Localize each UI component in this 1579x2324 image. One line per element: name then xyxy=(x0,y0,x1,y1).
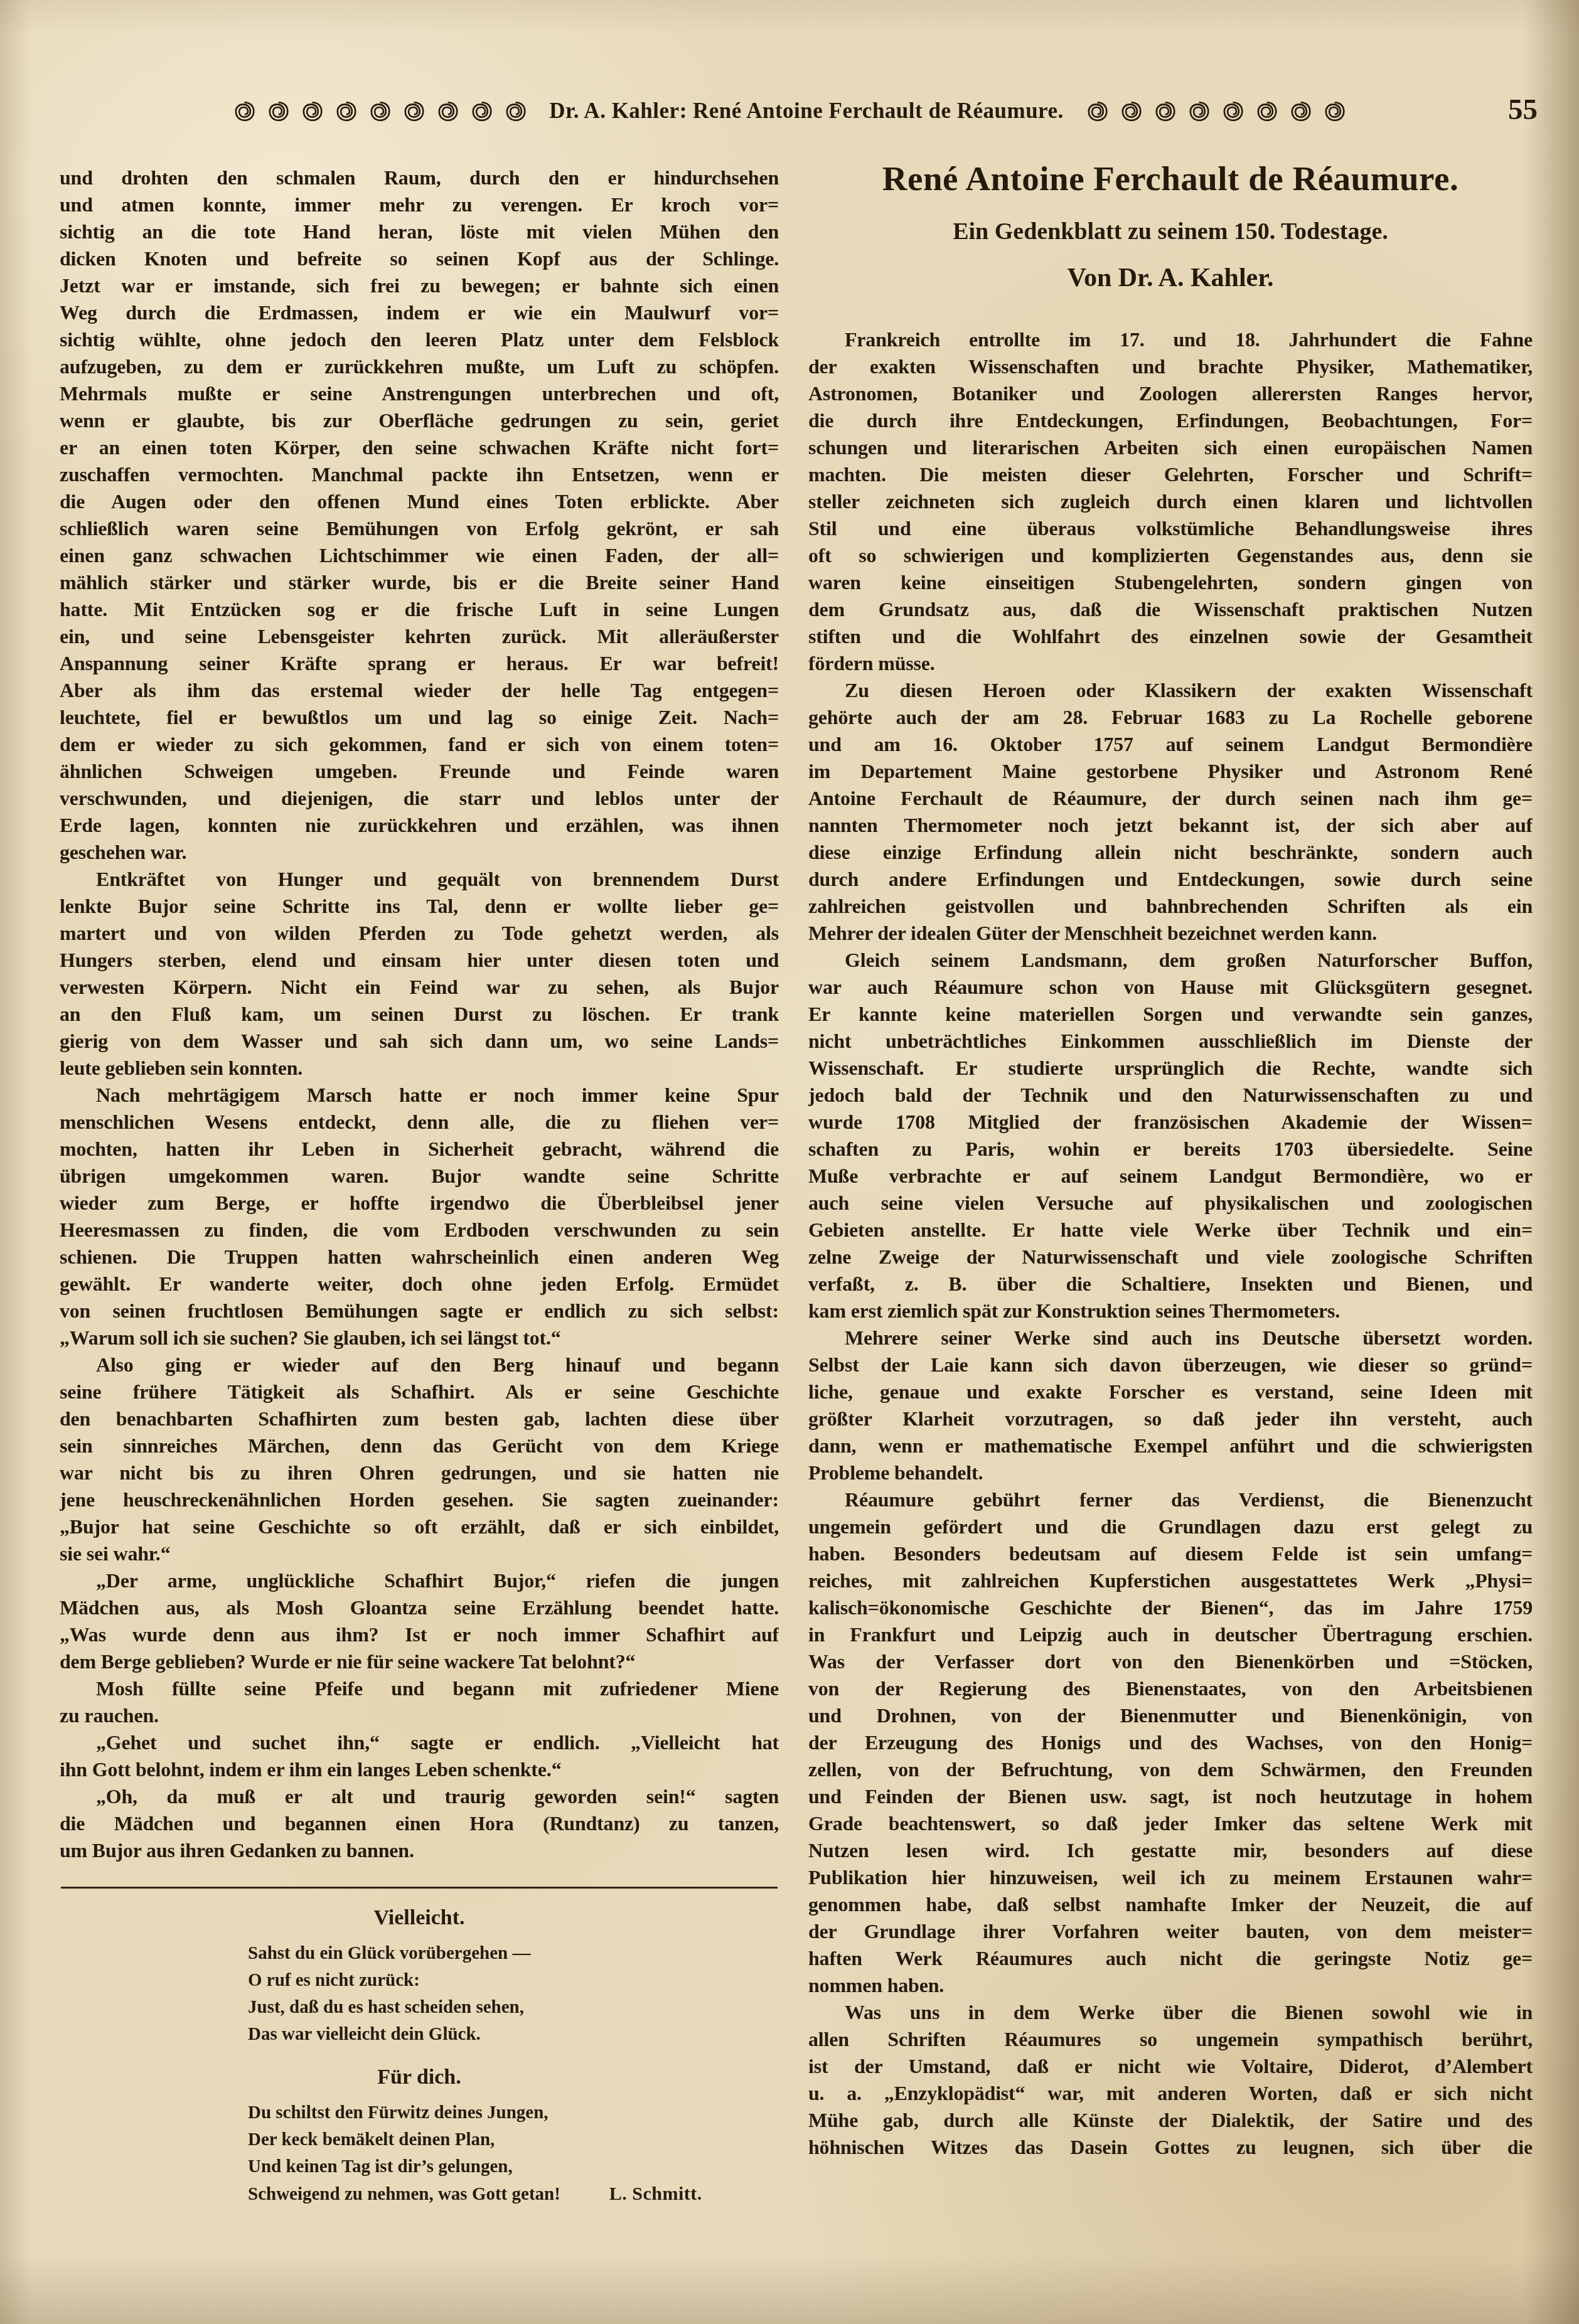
left-column-lines: und drohten den schmalen Raum, durch den… xyxy=(60,164,779,1864)
article-title: René Antoine Ferchault de Réaumure. xyxy=(808,159,1533,198)
text-line: seine frühere Tätigkeit als Schafhirt. A… xyxy=(60,1378,779,1405)
text-line: waren keine einseitigen Stubengelehrten,… xyxy=(808,569,1533,596)
text-line: Hungers sterben, elend und einsam hier u… xyxy=(60,947,779,974)
text-line: „Gehet und suchet ihn,“ sagte er endlich… xyxy=(60,1729,779,1756)
text-line: ihn Gott belohnt, indem er ihm ein lange… xyxy=(60,1756,779,1783)
text-line: sichtig wühlte, ohne jedoch den leeren P… xyxy=(60,326,779,353)
scroll-ornament-icon xyxy=(1085,100,1110,122)
text-line: und am 16. Oktober 1757 auf seinem Landg… xyxy=(808,731,1533,758)
scroll-ornament-icon xyxy=(503,100,528,122)
text-line: geschehen war. xyxy=(60,839,779,866)
text-line: Jetzt war er imstande, sich frei zu bewe… xyxy=(60,272,779,299)
text-line: Selbst der Laie kann sich davon überzeug… xyxy=(808,1351,1533,1378)
scroll-ornament-icon xyxy=(1322,100,1347,122)
text-line: Mühe gab, durch alle Künste der Dialekti… xyxy=(808,2107,1533,2134)
text-line: Was der Verfasser dort von den Bienenkör… xyxy=(808,1648,1533,1675)
text-line: höhnischen Witzes das Dasein Gottes zu l… xyxy=(808,2134,1533,2161)
text-line: ist der Umstand, daß er nicht wie Voltai… xyxy=(808,2053,1533,2080)
poem-line: Just, daß du es hast scheiden sehen, xyxy=(248,1994,779,2021)
text-line: kalisch=ökonomische Geschichte der Biene… xyxy=(808,1594,1533,1621)
text-line: ungemein gefördert und die Grundlagen da… xyxy=(808,1513,1533,1540)
article-subtitle: Ein Gedenkblatt zu seinem 150. Todestage… xyxy=(808,217,1533,246)
text-line: den benachbarten Schafhirten zum besten … xyxy=(60,1405,779,1432)
text-line: Réaumure gebührt ferner das Verdienst, d… xyxy=(808,1486,1533,1513)
text-line: schaften zu Paris, wohin er bereits 1703… xyxy=(808,1136,1533,1163)
text-line: ein, und seine Lebensgeister kehrten zur… xyxy=(60,623,779,650)
text-line: Frankreich entrollte im 17. und 18. Jahr… xyxy=(808,326,1533,353)
text-line: oft so schwierigen und komplizierten Geg… xyxy=(808,542,1533,569)
text-line: Anspannung seiner Kräfte sprang er herau… xyxy=(60,650,779,677)
text-line: von der Regierung des Bienenstaates, von… xyxy=(808,1675,1533,1702)
text-line: leuchtete, fiel er bewußtlos um und lag … xyxy=(60,704,779,731)
text-line: Grade beachtenswert, so daß jeder Imker … xyxy=(808,1810,1533,1837)
text-line: sichtig an die tote Hand heran, löste mi… xyxy=(60,218,779,245)
scroll-ornament-icon xyxy=(1288,100,1313,122)
text-line: Nutzen lesen wird. Ich gestatte mir, bes… xyxy=(808,1837,1533,1864)
text-line: „Warum soll ich sie suchen? Sie glauben,… xyxy=(60,1325,779,1351)
text-line: stiften und die Wohlfahrt des einzelnen … xyxy=(808,623,1533,650)
right-column: René Antoine Ferchault de Réaumure. Ein … xyxy=(808,156,1533,2161)
text-line: ähnlichen Schweigen umgeben. Freunde und… xyxy=(60,758,779,785)
section-divider-rule xyxy=(61,1887,778,1889)
text-line: lenkte Bujor seine Schritte ins Tal, den… xyxy=(60,893,779,920)
text-line: um Bujor aus ihren Gedanken zu bannen. xyxy=(60,1837,779,1864)
text-line: verfaßt, z. B. über die Schaltiere, Inse… xyxy=(808,1271,1533,1298)
text-line: war nicht bis zu ihren Ohren gedrungen, … xyxy=(60,1459,779,1486)
text-line: haften Werk Réaumures auch nicht die ger… xyxy=(808,1945,1533,1972)
text-line: Gleich seinem Landsmann, dem großen Natu… xyxy=(808,947,1533,974)
scroll-ornament-icon xyxy=(232,100,257,122)
text-line: schließlich waren seine Bemühungen von E… xyxy=(60,515,779,542)
scroll-ornament-icon xyxy=(1119,100,1143,122)
text-line: Entkräftet von Hunger und gequält von br… xyxy=(60,866,779,893)
text-line: dem Grundsatz aus, daß die Wissenschaft … xyxy=(808,596,1533,623)
text-line: zahlreichen geistvollen und bahnbrechend… xyxy=(808,893,1533,920)
text-line: und atmen konnte, immer mehr zu verengen… xyxy=(60,191,779,218)
text-line: zuschaffen vermochten. Manchmal packte i… xyxy=(60,461,779,488)
scroll-ornament-icon xyxy=(368,100,392,122)
header-ornaments-left xyxy=(232,100,528,122)
scroll-ornament-icon xyxy=(1153,100,1177,122)
text-line: war auch Réaumure schon von Hause mit Gl… xyxy=(808,974,1533,1001)
text-line: allen Schriften Réaumures so ungemein sy… xyxy=(808,2026,1533,2053)
text-line: der exakten Wissenschaften und brachte P… xyxy=(808,353,1533,380)
scroll-ornament-icon xyxy=(1187,100,1211,122)
text-line: Mosh füllte seine Pfeife und begann mit … xyxy=(60,1675,779,1702)
text-line: Aber als ihm das erstemal wieder der hel… xyxy=(60,677,779,704)
text-line: sie sei wahr.“ xyxy=(60,1540,779,1567)
text-line: Weg durch die Erdmassen, indem er wie ei… xyxy=(60,299,779,326)
text-line: er an einen toten Körper, den seine schw… xyxy=(60,434,779,461)
text-line: von seinen fruchtlosen Bemühungen sagte … xyxy=(60,1298,779,1325)
poem-line: O ruf es nicht zurück: xyxy=(248,1967,779,1994)
article-byline: Von Dr. A. Kahler. xyxy=(808,262,1533,294)
text-line: größter Klarheit vorzutragen, so daß jed… xyxy=(808,1405,1533,1432)
text-line: dann, wenn er mathematische Exempel anfü… xyxy=(808,1432,1533,1459)
text-line: reiches, mit zahlreichen Kupferstichen a… xyxy=(808,1567,1533,1594)
page-number: 55 xyxy=(1508,93,1538,127)
text-line: „Bujor hat seine Geschichte so oft erzäh… xyxy=(60,1513,779,1540)
text-line: haben. Besonders bedeutsam auf diesem Fe… xyxy=(808,1540,1533,1567)
text-line: wenn er glaubte, bis zur Oberfläche gedr… xyxy=(60,407,779,434)
text-line: kam erst ziemlich spät zur Konstruktion … xyxy=(808,1298,1533,1325)
poem-fuer-dich: Du schiltst den Fürwitz deines Jungen,De… xyxy=(248,2099,779,2208)
text-line: dem Berge geblieben? Wurde er nie für se… xyxy=(60,1648,779,1675)
text-line: steller zeichneten sich zugleich durch e… xyxy=(808,488,1533,515)
text-line: wieder zum Berge, er hoffte irgendwo die… xyxy=(60,1190,779,1217)
poem-line: Sahst du ein Glück vorübergehen — xyxy=(248,1940,779,1967)
text-line: Publikation hier hinzuweisen, weil ich z… xyxy=(808,1864,1533,1891)
text-line: machten. Die meisten dieser Gelehrten, F… xyxy=(808,461,1533,488)
text-line: Nach mehrtägigem Marsch hatte er noch im… xyxy=(60,1082,779,1109)
running-head: Dr. A. Kahler: René Antoine Ferchault de… xyxy=(0,89,1579,133)
text-line: verwesten Körpern. Nicht ein Feind war z… xyxy=(60,974,779,1001)
text-line: in Frankfurt und Leipzig auch in deutsch… xyxy=(808,1621,1533,1648)
text-line: nicht unbeträchtliches Einkommen ausschl… xyxy=(808,1028,1533,1055)
text-line: Wissenschaft. Er studierte ursprünglich … xyxy=(808,1055,1533,1082)
text-line: menschlichen Wesens entdeckt, denn alle,… xyxy=(60,1109,779,1136)
text-line: sein sinnreiches Märchen, denn das Gerüc… xyxy=(60,1432,779,1459)
text-line: fördern müsse. xyxy=(808,650,1533,677)
text-line: im Departement Maine gestorbene Physiker… xyxy=(808,758,1533,785)
scroll-ornament-icon xyxy=(334,100,358,122)
scroll-ornament-icon xyxy=(402,100,426,122)
text-line: zu rauchen. xyxy=(60,1702,779,1729)
header-ornaments-right xyxy=(1085,100,1347,122)
text-line: Er kannte keine materiellen Sorgen und v… xyxy=(808,1001,1533,1028)
text-line: nannten Thermometer noch jetzt bekannt i… xyxy=(808,812,1533,839)
text-line: aufzugeben, zu dem er zurückkehren mußte… xyxy=(60,353,779,380)
text-line: der Erzeugung des Honigs und des Wachses… xyxy=(808,1729,1533,1756)
author-signature: L. Schmitt. xyxy=(609,2183,702,2204)
text-line: die Mädchen und begannen einen Hora (Run… xyxy=(60,1810,779,1837)
text-line: mochten, hatten ihr Leben in Sicherheit … xyxy=(60,1136,779,1163)
text-line: mählich stärker und stärker wurde, bis e… xyxy=(60,569,779,596)
text-line: wurde 1708 Mitglied der französischen Ak… xyxy=(808,1109,1533,1136)
text-line: nommen haben. xyxy=(808,1972,1533,1999)
text-line: Antoine Ferchault de Réaumure, der durch… xyxy=(808,785,1533,812)
poem-line: Der keck bemäkelt deinen Plan, xyxy=(248,2126,779,2153)
text-line: dicken Knoten und befreite so seinen Kop… xyxy=(60,245,779,272)
text-line: Erde lagen, konnten nie zurückkehren und… xyxy=(60,812,779,839)
text-line: und Drohnen, von der Bienenmutter und Bi… xyxy=(808,1702,1533,1729)
scroll-ornament-icon xyxy=(436,100,460,122)
text-line: gierig von dem Wasser und sah sich dann … xyxy=(60,1028,779,1055)
text-line: gehörte auch der am 28. Februar 1683 zu … xyxy=(808,704,1533,731)
text-line: „Was wurde denn aus ihm? Ist er noch imm… xyxy=(60,1621,779,1648)
text-line: genommen habe, daß selbst namhafte Imker… xyxy=(808,1891,1533,1918)
article-lines: Frankreich entrollte im 17. und 18. Jahr… xyxy=(808,326,1533,2161)
text-line: die durch ihre Entdeckungen, Erfindungen… xyxy=(808,407,1533,434)
poem-title-fuer-dich: Für dich. xyxy=(60,2065,779,2089)
text-line: liche, genaue und exakte Forscher es ver… xyxy=(808,1378,1533,1405)
text-line: zellen, von der Befruchtung, von dem Sch… xyxy=(808,1756,1533,1783)
text-line: auch seine vielen Versuche auf physikali… xyxy=(808,1190,1533,1217)
scroll-ornament-icon xyxy=(266,100,291,122)
text-line: dem er wieder zu sich gekommen, fand er … xyxy=(60,731,779,758)
poem-vielleicht: Sahst du ein Glück vorübergehen —O ruf e… xyxy=(248,1940,779,2048)
text-line: Also ging er wieder auf den Berg hinauf … xyxy=(60,1351,779,1378)
text-line: einen ganz schwachen Lichtschimmer wie e… xyxy=(60,542,779,569)
text-line: schienen. Die Truppen hatten wahrscheinl… xyxy=(60,1244,779,1271)
text-line: jene heuschreckenähnlichen Horden gesehe… xyxy=(60,1486,779,1513)
scanned-journal-page: Dr. A. Kahler: René Antoine Ferchault de… xyxy=(0,0,1579,2324)
text-line: Stil und eine überaus volkstümliche Beha… xyxy=(808,515,1533,542)
text-line: und drohten den schmalen Raum, durch den… xyxy=(60,164,779,191)
text-line: übrigen umgekommen waren. Bujor wandte s… xyxy=(60,1163,779,1190)
text-line: Mädchen aus, als Mosh Gloantza seine Erz… xyxy=(60,1594,779,1621)
poem-line: Und keinen Tag ist dir’s gelungen, xyxy=(248,2153,779,2180)
text-line: diese einzige Erfindung allein nicht bes… xyxy=(808,839,1533,866)
scroll-ornament-icon xyxy=(469,100,494,122)
text-line: der Grundlage ihrer Vorfahren weiter bau… xyxy=(808,1918,1533,1945)
text-line: verschwunden, und diejenigen, die starr … xyxy=(60,785,779,812)
scroll-ornament-icon xyxy=(1255,100,1279,122)
text-line: leute geblieben sein konnten. xyxy=(60,1055,779,1082)
text-line: Heeresmassen zu finden, die vom Erdboden… xyxy=(60,1217,779,1244)
text-line: und Feinden der Bienen usw. sagt, ist no… xyxy=(808,1783,1533,1810)
text-line: gewählt. Er wanderte weiter, doch ohne j… xyxy=(60,1271,779,1298)
left-column: und drohten den schmalen Raum, durch den… xyxy=(60,164,779,2210)
text-line: Mehrer der idealen Güter der Menschheit … xyxy=(808,920,1533,947)
text-line: Gebieten anstellte. Er hatte viele Werke… xyxy=(808,1217,1533,1244)
text-line: Probleme behandelt. xyxy=(808,1459,1533,1486)
text-line: martert und von wilden Pferden zu Tode g… xyxy=(60,920,779,947)
text-line: Mehrmals mußte er seine Anstrengungen un… xyxy=(60,380,779,407)
text-line: zelne Zweige der Naturwissenschaft und v… xyxy=(808,1244,1533,1271)
scroll-ornament-icon xyxy=(300,100,324,122)
scroll-ornament-icon xyxy=(1221,100,1245,122)
poem-line: Schweigend zu nehmen, was Gott getan!L. … xyxy=(248,2180,779,2208)
poem-line: Du schiltst den Fürwitz deines Jungen, xyxy=(248,2099,779,2126)
text-line: Was uns in dem Werke über die Bienen sow… xyxy=(808,1999,1533,2026)
text-line: hatte. Mit Entzücken sog er die frische … xyxy=(60,596,779,623)
text-line: an den Fluß kam, um seinen Durst zu lösc… xyxy=(60,1001,779,1028)
text-line: u. a. „Enzyklopädist“ war, mit anderen W… xyxy=(808,2080,1533,2107)
text-line: schungen und literarischen Arbeiten sich… xyxy=(808,434,1533,461)
text-line: jedoch bald der Technik und den Naturwis… xyxy=(808,1082,1533,1109)
poem-title-vielleicht: Vielleicht. xyxy=(60,1906,779,1930)
poem-line: Das war vielleicht dein Glück. xyxy=(248,2021,779,2048)
text-line: „Oh, da muß er alt und traurig geworden … xyxy=(60,1783,779,1810)
text-line: Muße verbrachte er auf seinem Landgut Be… xyxy=(808,1163,1533,1190)
text-line: durch andere Erfindungen und Entdeckunge… xyxy=(808,866,1533,893)
text-line: Astronomen, Botaniker und Zoologen aller… xyxy=(808,380,1533,407)
running-head-title: Dr. A. Kahler: René Antoine Ferchault de… xyxy=(549,99,1064,124)
text-line: „Der arme, unglückliche Schafhirt Bujor,… xyxy=(60,1567,779,1594)
text-line: Zu diesen Heroen oder Klassikern der exa… xyxy=(808,677,1533,704)
text-line: die Augen oder den offenen Mund eines To… xyxy=(60,488,779,515)
text-line: Mehrere seiner Werke sind auch ins Deuts… xyxy=(808,1325,1533,1351)
